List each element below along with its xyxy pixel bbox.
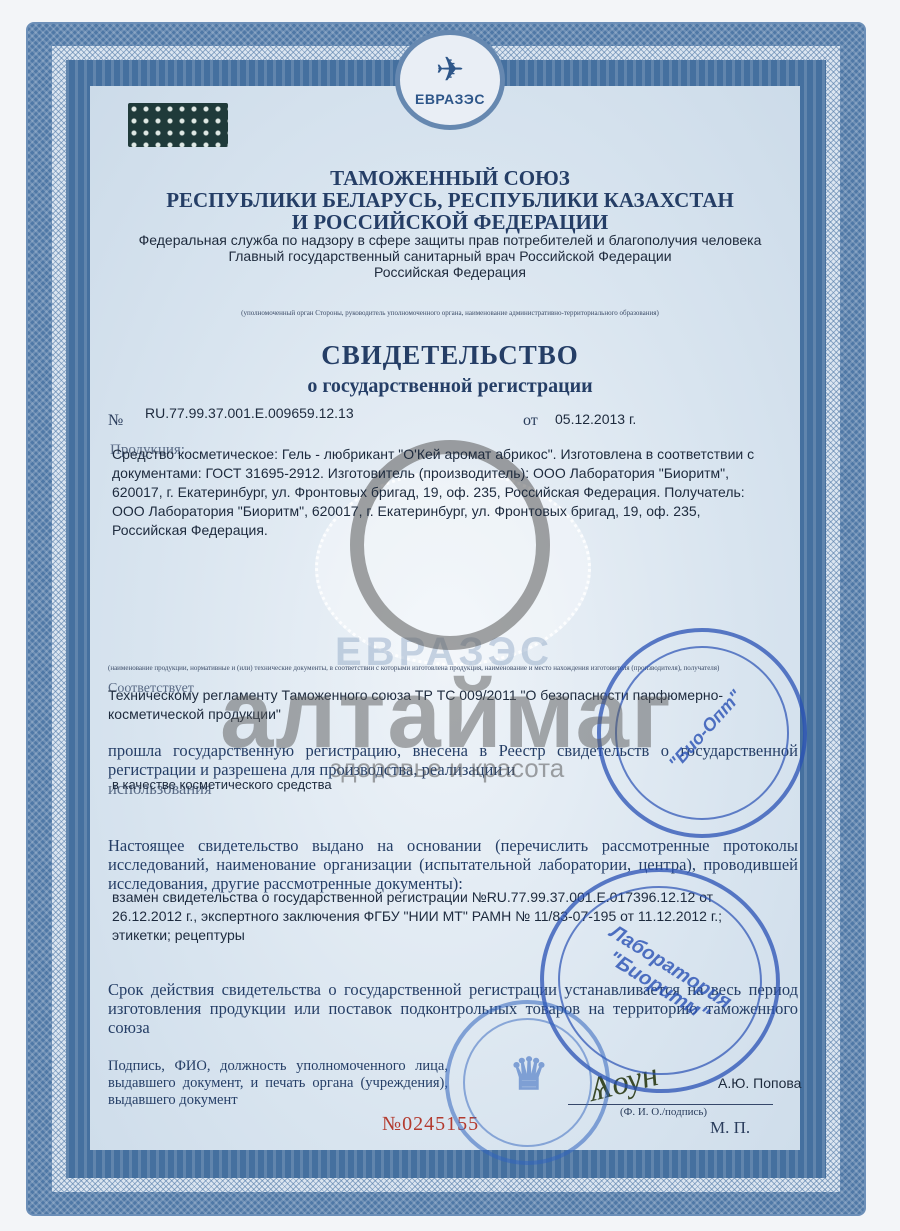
product-description: Средство косметическое: Гель - любрикант…: [112, 445, 802, 540]
date-label: от: [523, 412, 538, 430]
product-line: ООО Лаборатория "Биоритм", 620017, г. Ек…: [112, 502, 802, 521]
usage-value: в качестве косметического средства: [112, 775, 332, 794]
logo-text: ЕВРАЗЭС: [415, 91, 485, 107]
coat-of-arms-eagle-icon: ♛: [499, 1049, 559, 1100]
signature-label: Подпись, ФИО, должность уполномоченного …: [108, 1058, 448, 1109]
signer-name: А.Ю. Попова: [718, 1074, 801, 1093]
product-line: документами: ГОСТ 31695-2912. Изготовите…: [112, 464, 802, 483]
stamp-place-mark: М. П.: [710, 1118, 750, 1138]
header-official: Главный государственный санитарный врач …: [90, 248, 810, 264]
signature-caption: (Ф. И. О./подпись): [620, 1106, 707, 1118]
header-agency: Федеральная служба по надзору в сфере за…: [90, 232, 810, 248]
hologram-sticker: [128, 103, 228, 147]
document-subtitle: о государственной регистрации: [90, 375, 810, 398]
eurasec-logo: ✈ ЕВРАЗЭС: [395, 30, 505, 130]
government-seal: ♛: [445, 1000, 610, 1165]
header-caption: (уполномоченный орган Стороны, руководит…: [90, 309, 810, 317]
number-label: №: [108, 412, 123, 430]
header-country: Российская Федерация: [90, 264, 810, 280]
document-title: СВИДЕТЕЛЬСТВО: [90, 340, 810, 371]
brand-watermark-tagline: здоровье и красота: [330, 753, 564, 784]
product-line: Российская Федерация.: [112, 521, 802, 540]
registration-number: RU.77.99.37.001.E.009659.12.13: [145, 404, 354, 423]
product-line: 620017, г. Екатеринбург, ул. Фронтовых б…: [112, 483, 802, 502]
product-line: Средство косметическое: Гель - любрикант…: [112, 445, 802, 464]
eurasec-emblem-icon: ✈: [436, 53, 465, 87]
registration-date: 05.12.2013 г.: [555, 410, 636, 429]
